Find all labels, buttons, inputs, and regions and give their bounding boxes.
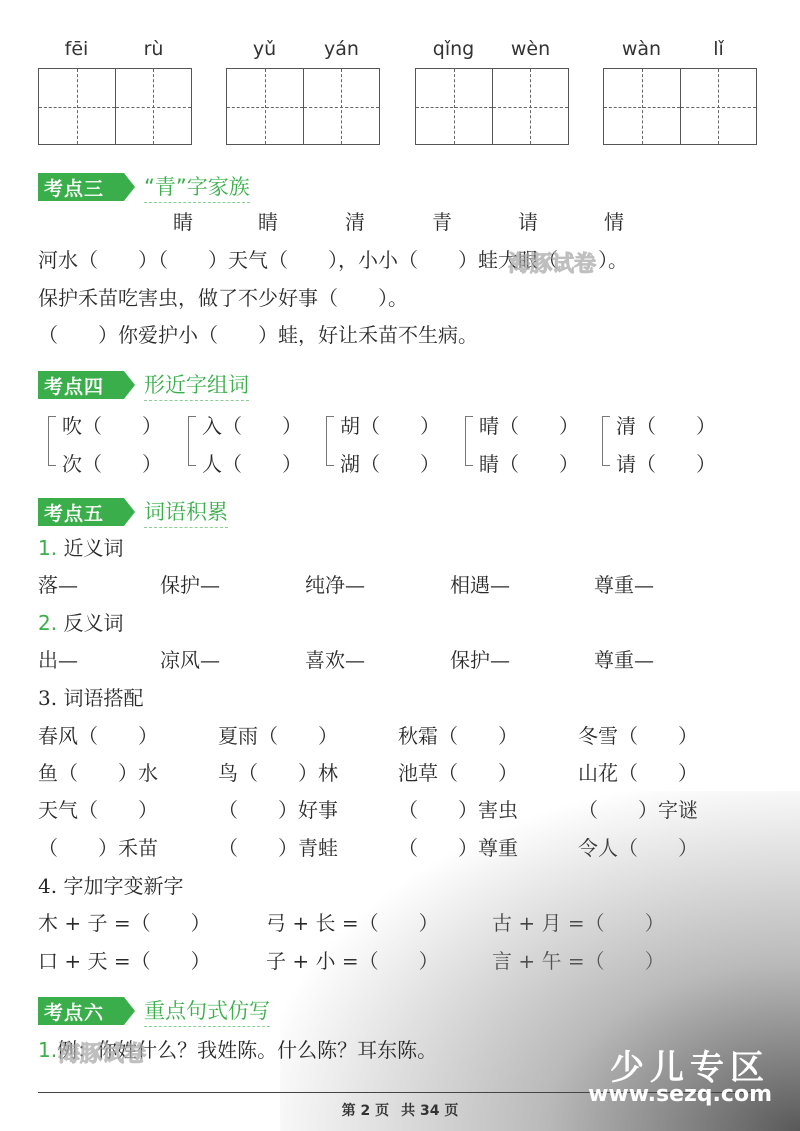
collocation-item: 鸟（ ）林: [218, 763, 338, 783]
collocation-item: 秋霜（ ）: [398, 726, 518, 746]
collocation-item: 池草（ ）: [398, 763, 518, 783]
pinyin: fēi: [38, 38, 115, 68]
collocation-item: 冬雪（ ）: [578, 726, 698, 746]
choice-char: 请: [518, 212, 538, 232]
synonym-item: 纯净—: [305, 575, 365, 595]
pinyin: yǔ: [226, 38, 303, 68]
section-3-header: 考点三 “青”字家族: [38, 172, 250, 202]
writing-cell[interactable]: [604, 69, 680, 144]
similar-char-pair: 吹（ ） 次（ ）: [48, 408, 168, 472]
pinyin: wèn: [492, 38, 569, 68]
char-combo-item: 木 + 子 =（ ）: [38, 913, 211, 933]
pinyin: lǐ: [680, 38, 757, 68]
pair-bottom: 请（ ）: [616, 448, 716, 477]
pinyin: qǐng: [415, 38, 492, 68]
pair-bottom: 次（ ）: [62, 448, 162, 477]
writing-cell[interactable]: [303, 69, 380, 144]
section-title: 形近字组词: [144, 369, 249, 401]
antonym-item: 喜欢—: [305, 650, 365, 670]
synonym-item: 相遇—: [450, 575, 510, 595]
fill-blank-line: （ ）你爱护小（ ）蛙，好让禾苗不生病。: [38, 325, 478, 345]
question-number: 1.: [38, 1038, 57, 1062]
pinyin-grid-3: qǐngwèn: [415, 38, 569, 145]
pair-bottom: 人（ ）: [202, 448, 302, 477]
question-title: 反义词: [63, 611, 123, 635]
choice-char: 情: [604, 212, 624, 232]
bracket-icon: [48, 416, 56, 466]
bracket-icon: [602, 416, 610, 466]
question-title: 近义词: [63, 536, 123, 560]
question-number: 1.: [38, 536, 57, 560]
watermark: 海豚试卷: [508, 247, 596, 278]
question-1-label: 1. 近义词: [38, 538, 123, 558]
pair-bottom: 湖（ ）: [340, 448, 440, 477]
section-badge: 考点六: [38, 997, 124, 1025]
synonym-item: 尊重—: [594, 575, 654, 595]
pair-top: 胡（ ）: [340, 410, 440, 439]
section-4-header: 考点四 形近字组词: [38, 370, 249, 400]
antonym-item: 尊重—: [594, 650, 654, 670]
watermark: 海豚试卷: [58, 1037, 146, 1068]
question-4-label: 4. 字加字变新字: [38, 876, 183, 896]
section-title: 词语积累: [144, 496, 228, 528]
pair-top: 晴（ ）: [479, 410, 579, 439]
section-title: “青”字家族: [144, 171, 250, 203]
antonym-item: 保护—: [450, 650, 510, 670]
synonym-item: 保护—: [160, 575, 220, 595]
section-6-header: 考点六 重点句式仿写: [38, 996, 270, 1026]
section-badge: 考点五: [38, 498, 124, 526]
collocation-item: （ ）禾苗: [38, 838, 158, 858]
bracket-icon: [188, 416, 196, 466]
collocation-item: 山花（ ）: [578, 763, 698, 783]
question-number: 2.: [38, 611, 57, 635]
page-total: 共 34 页: [401, 1103, 458, 1119]
collocation-item: 春风（ ）: [38, 726, 158, 746]
similar-char-pair: 清（ ） 请（ ）: [602, 408, 722, 472]
bracket-icon: [326, 416, 334, 466]
collocation-item: 天气（ ）: [38, 800, 158, 820]
pinyin: wàn: [603, 38, 680, 68]
writing-cell[interactable]: [115, 69, 192, 144]
writing-cell[interactable]: [492, 69, 569, 144]
pinyin-grid-1: fēirù: [38, 38, 192, 145]
section-5-header: 考点五 词语积累: [38, 497, 228, 527]
similar-char-pair: 入（ ） 人（ ）: [188, 408, 308, 472]
choice-char: 青: [432, 212, 452, 232]
section-title: 重点句式仿写: [144, 995, 270, 1027]
question-2-label: 2. 反义词: [38, 613, 123, 633]
choice-char: 睛: [173, 212, 193, 232]
section-badge: 考点三: [38, 173, 124, 201]
synonym-item: 落—: [38, 575, 78, 595]
writing-cell[interactable]: [39, 69, 115, 144]
fill-blank-line: 保护禾苗吃害虫，做了不少好事（ ）。: [38, 288, 408, 308]
writing-cell[interactable]: [227, 69, 303, 144]
pair-top: 清（ ）: [616, 410, 716, 439]
bracket-icon: [465, 416, 473, 466]
page-number: 第 2 页: [342, 1103, 390, 1119]
antonym-item: 凉风—: [160, 650, 220, 670]
char-combo-item: 口 + 天 =（ ）: [38, 951, 211, 971]
collocation-item: 夏雨（ ）: [218, 726, 338, 746]
writing-cell[interactable]: [416, 69, 492, 144]
site-url[interactable]: www.sezq.com: [588, 1082, 772, 1107]
collocation-item: 鱼（ ）水: [38, 763, 158, 783]
pinyin: rù: [115, 38, 192, 68]
section-badge: 考点四: [38, 371, 124, 399]
pinyin-grid-2: yǔyán: [226, 38, 380, 145]
similar-char-pair: 晴（ ） 睛（ ）: [465, 408, 585, 472]
pair-top: 吹（ ）: [62, 410, 162, 439]
antonym-item: 出—: [38, 650, 78, 670]
writing-cell[interactable]: [680, 69, 757, 144]
similar-char-pair: 胡（ ） 湖（ ）: [326, 408, 446, 472]
pinyin-grid-4: wànlǐ: [603, 38, 757, 145]
pair-bottom: 睛（ ）: [479, 448, 579, 477]
pair-top: 入（ ）: [202, 410, 302, 439]
question-3-label: 3. 词语搭配: [38, 688, 143, 708]
choice-char: 睛: [258, 212, 278, 232]
choice-char: 清: [345, 212, 365, 232]
pinyin: yán: [303, 38, 380, 68]
